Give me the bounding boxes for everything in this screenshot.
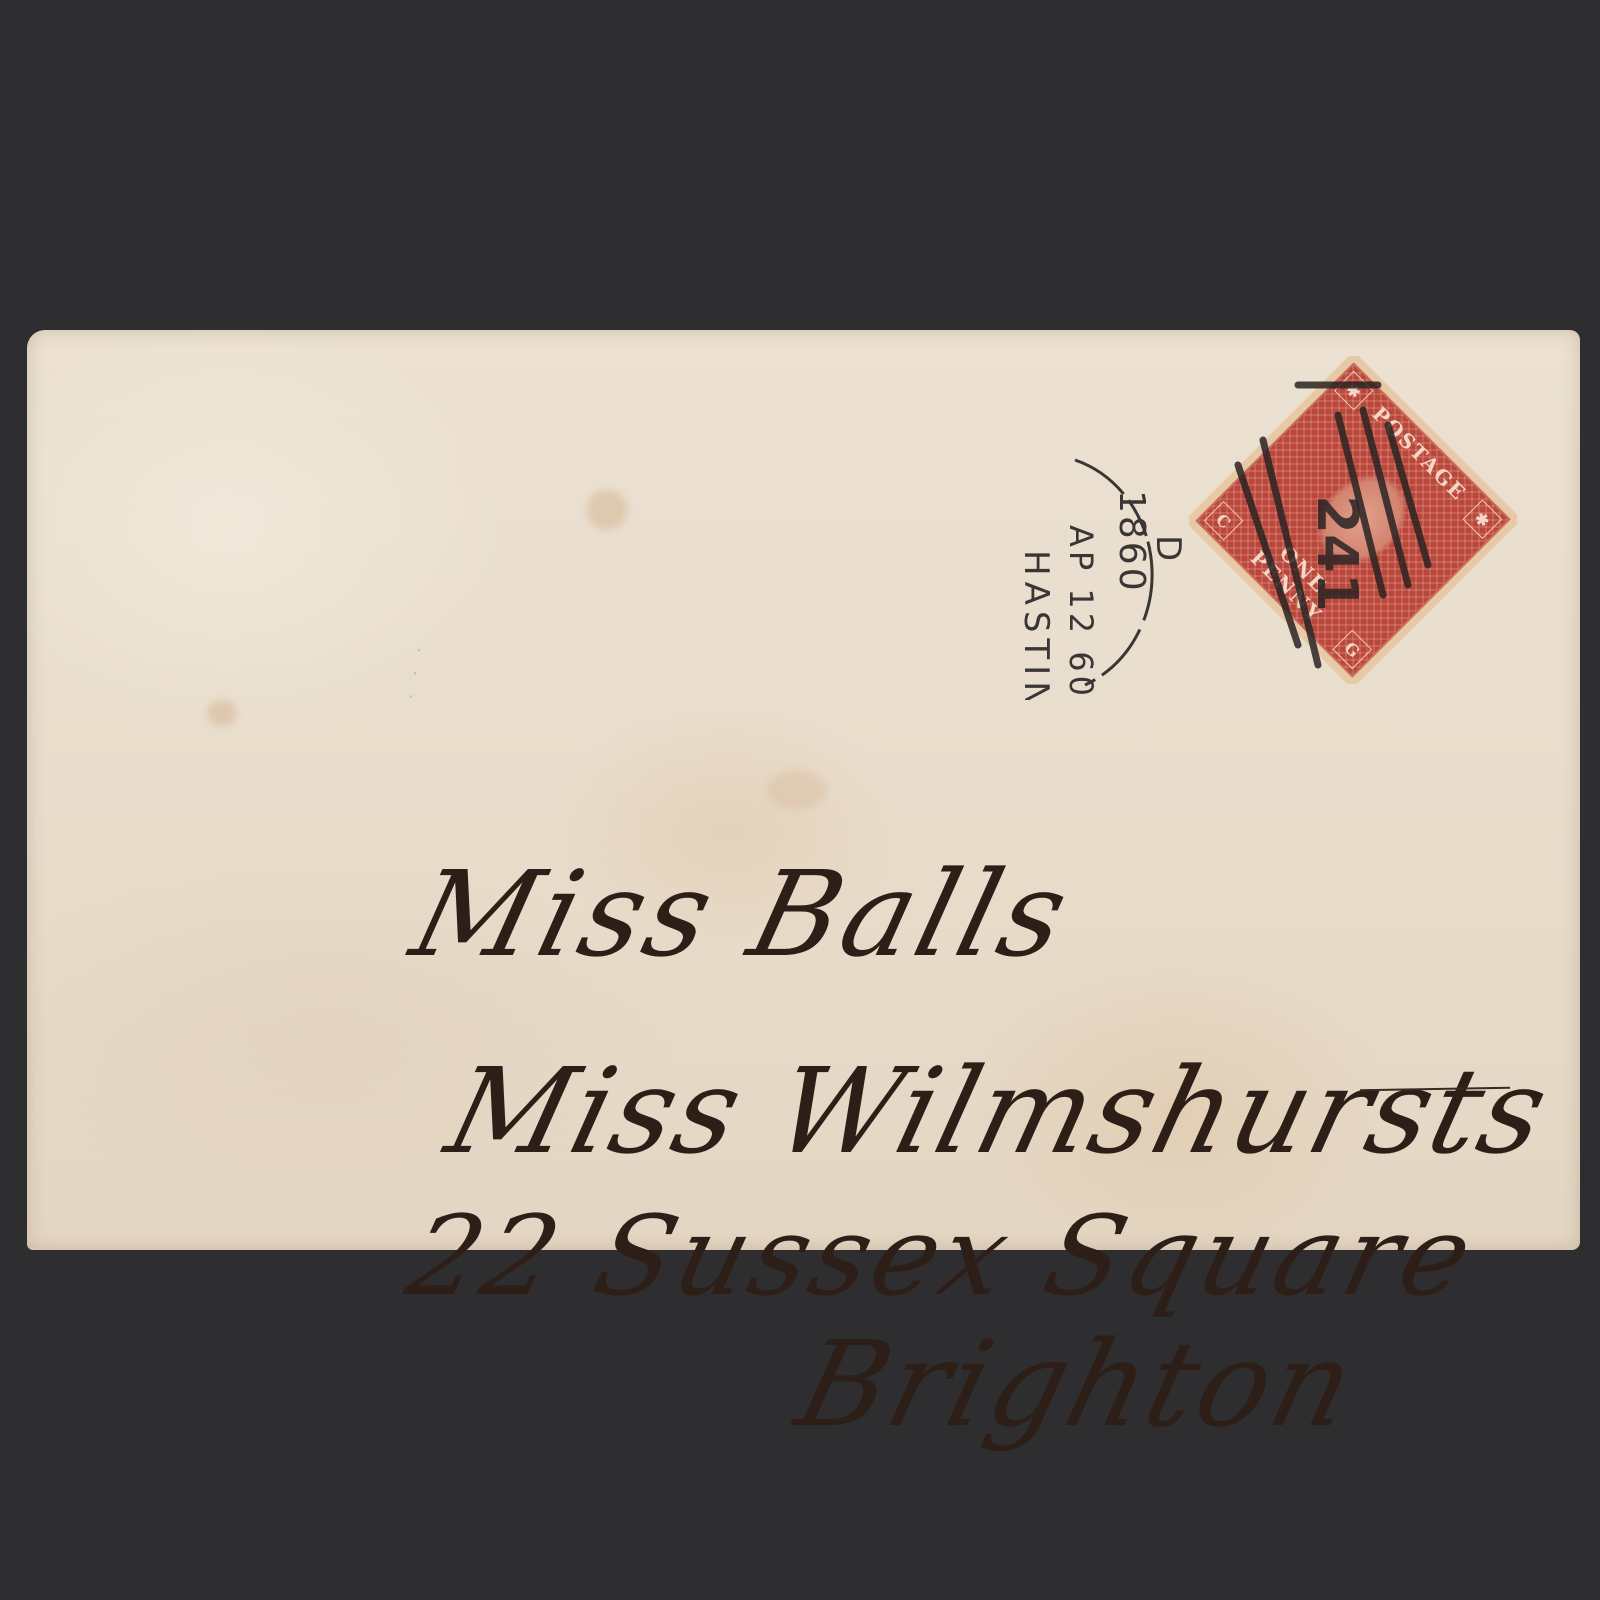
penny-red-stamp: POSTAGE ONE PENNY ✱ ✱ C G 241 (1178, 345, 1528, 695)
stain (587, 490, 627, 530)
postmark-year: 1860 (1111, 490, 1152, 594)
postmark-town: HASTINGS (1016, 550, 1056, 700)
address-line-street: 22 Sussex Square (396, 1192, 1488, 1320)
numeral-cancel: 241 (1178, 345, 1528, 695)
postmark-date: AP 12 60 (1062, 525, 1100, 700)
address-line-care-of: Miss Wilmshursts (435, 1042, 1563, 1180)
stain (767, 770, 827, 810)
address-line-name: Miss Balls (400, 845, 1085, 983)
stain (207, 700, 237, 726)
postmark: HASTINGS AP 12 60 1860 D (955, 430, 1185, 700)
address-line-town: Brighton (785, 1315, 1370, 1453)
ghost-transfer-marks: · · · (401, 640, 432, 701)
cancel-numeral: 241 (1304, 495, 1369, 612)
